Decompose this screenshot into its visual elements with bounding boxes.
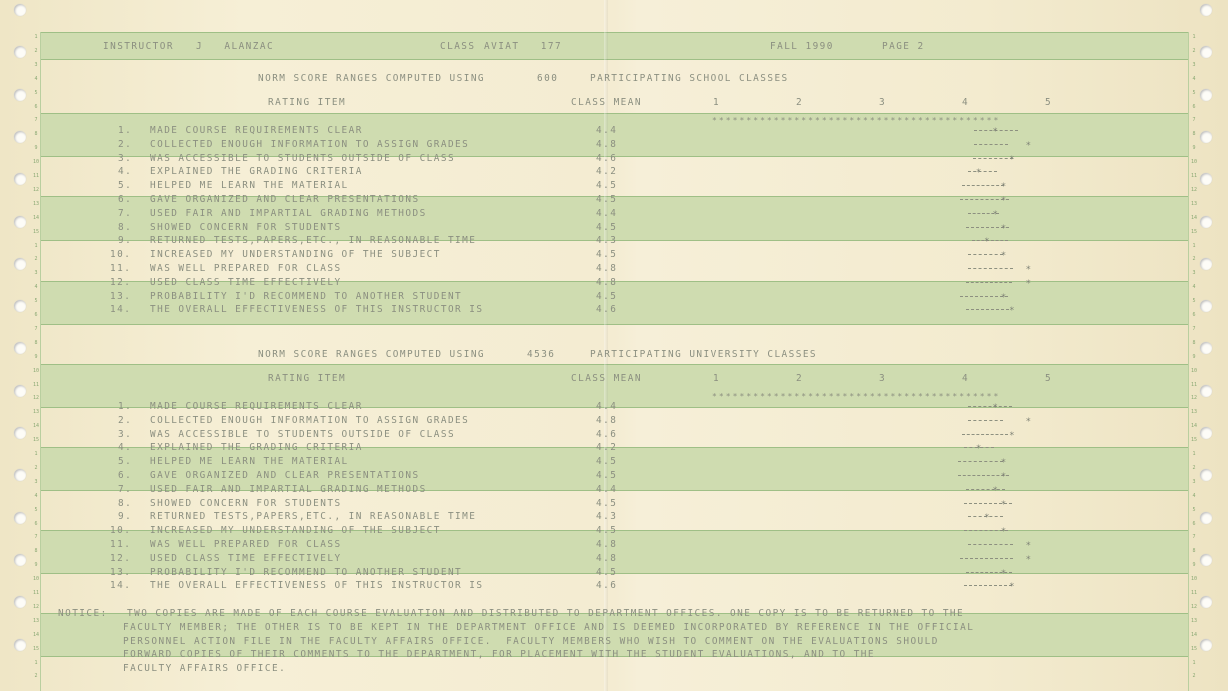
tractor-hole (1200, 385, 1212, 397)
tractor-hole (1200, 554, 1212, 566)
class-mean-value: 4.4 (596, 124, 617, 138)
scale-label-1: 1 (713, 96, 720, 110)
line-number: 9 (1189, 562, 1199, 568)
class-mean-marker: * (992, 210, 997, 220)
rating-item-number: 11. (110, 262, 131, 276)
rating-item-text: MADE COURSE REQUIREMENTS CLEAR (150, 124, 363, 138)
tractor-hole (14, 89, 26, 101)
class-mean-marker: * (976, 444, 981, 454)
line-number: 11 (31, 590, 41, 596)
line-number: 7 (1189, 534, 1199, 540)
class-mean-marker: * (1001, 569, 1006, 579)
norm-range-bar (968, 254, 1004, 257)
line-number: 11 (1189, 173, 1199, 179)
column-header-rating-item: RATING ITEM (268, 96, 346, 110)
tractor-hole (14, 427, 26, 439)
notice-line: PERSONNEL ACTION FILE IN THE FACULTY AFF… (123, 635, 939, 649)
class-mean-value: 4.8 (596, 414, 617, 428)
class-mean-marker: * (1001, 500, 1006, 510)
rating-item-number: 7. (118, 207, 132, 221)
tractor-hole (1200, 216, 1212, 228)
line-number: 9 (31, 145, 41, 151)
line-number: 4 (1189, 76, 1199, 82)
norm-range-bar (974, 144, 1007, 147)
norm-count: 600 (537, 72, 558, 86)
rating-item-number: 14. (110, 303, 131, 317)
line-number: 3 (1189, 479, 1199, 485)
column-header-class-mean: CLASS MEAN (571, 372, 642, 386)
notice-line: FACULTY AFFAIRS OFFICE. (123, 662, 286, 676)
norm-range-bar (964, 585, 1011, 588)
line-number: 3 (31, 479, 41, 485)
class-mean-value: 4.8 (596, 276, 617, 290)
rating-item-number: 11. (110, 538, 131, 552)
tractor-hole (1200, 258, 1212, 270)
norm-range-bar (973, 158, 1014, 161)
line-number: 10 (31, 368, 41, 374)
line-number: 2 (31, 465, 41, 471)
scale-label-4: 4 (962, 96, 969, 110)
rating-item-text: GAVE ORGANIZED AND CLEAR PRESENTATIONS (150, 469, 420, 483)
instructor-label: INSTRUCTOR (103, 40, 174, 54)
line-number: 14 (31, 423, 41, 429)
column-header-rating-item: RATING ITEM (268, 372, 346, 386)
line-number: 1 (31, 660, 41, 666)
rating-item-text: WAS ACCESSIBLE TO STUDENTS OUTSIDE OF CL… (150, 428, 455, 442)
class-mean-value: 4.4 (596, 207, 617, 221)
class-mean-marker: * (1009, 582, 1014, 592)
norm-range-bar (962, 434, 1008, 437)
line-number: 14 (31, 215, 41, 221)
norm-range-bar (962, 185, 1004, 188)
line-number: 15 (31, 646, 41, 652)
class-mean-value: 4.8 (596, 262, 617, 276)
rating-item-text: USED FAIR AND IMPARTIAL GRADING METHODS (150, 483, 427, 497)
line-number: 2 (1189, 48, 1199, 54)
tractor-hole (1200, 639, 1212, 651)
class-mean-value: 4.3 (596, 234, 617, 248)
line-number: 2 (1189, 673, 1199, 679)
rating-item-number: 6. (118, 193, 132, 207)
rating-item-number: 12. (110, 552, 131, 566)
line-number: 9 (31, 562, 41, 568)
rating-item-number: 9. (118, 234, 132, 248)
tractor-hole (14, 131, 26, 143)
rating-item-text: USED CLASS TIME EFFECTIVELY (150, 552, 342, 566)
line-number: 10 (1189, 159, 1199, 165)
rating-item-text: COLLECTED ENOUGH INFORMATION TO ASSIGN G… (150, 414, 469, 428)
line-number: 6 (31, 104, 41, 110)
class-mean-value: 4.6 (596, 579, 617, 593)
line-number: 13 (31, 201, 41, 207)
class-mean-value: 4.8 (596, 138, 617, 152)
class-mean-value: 4.5 (596, 248, 617, 262)
rating-item-number: 5. (118, 455, 132, 469)
line-number: 2 (31, 48, 41, 54)
class-mean-marker: * (1001, 472, 1006, 482)
class-mean-marker: * (1009, 431, 1014, 441)
norm-range-bar (972, 240, 1008, 243)
norm-label: NORM SCORE RANGES COMPUTED USING (258, 348, 485, 362)
class-mean-value: 4.8 (596, 538, 617, 552)
line-number: 4 (1189, 493, 1199, 499)
line-number: 4 (31, 493, 41, 499)
class-mean-marker: * (1001, 293, 1006, 303)
norm-count: 4536 (527, 348, 555, 362)
tractor-hole (1200, 300, 1212, 312)
line-number: 5 (1189, 298, 1199, 304)
line-number: 8 (31, 340, 41, 346)
rating-item-number: 10. (110, 248, 131, 262)
tractor-hole (1200, 512, 1212, 524)
class-mean-value: 4.8 (596, 552, 617, 566)
norm-range-bar (960, 558, 1013, 561)
rating-item-text: USED FAIR AND IMPARTIAL GRADING METHODS (150, 207, 427, 221)
class-mean-marker: * (1026, 541, 1031, 551)
notice-label: NOTICE: (58, 607, 108, 621)
norm-range-bar (968, 171, 997, 174)
line-number: 8 (1189, 548, 1199, 554)
line-number: 7 (31, 534, 41, 540)
rating-item-number: 2. (118, 138, 132, 152)
class-mean-marker: * (1026, 555, 1031, 565)
class-mean-value: 4.6 (596, 303, 617, 317)
line-number: 14 (1189, 632, 1199, 638)
line-number: 7 (1189, 117, 1199, 123)
line-number: 7 (31, 117, 41, 123)
line-number: 5 (1189, 90, 1199, 96)
line-number: 15 (1189, 437, 1199, 443)
line-number: 9 (1189, 145, 1199, 151)
scale-axis: ****************************************… (712, 392, 1000, 401)
line-number: 2 (1189, 256, 1199, 262)
rating-item-number: 2. (118, 414, 132, 428)
rating-item-text: SHOWED CONCERN FOR STUDENTS (150, 221, 342, 235)
class-mean-marker: * (1001, 251, 1006, 261)
rating-item-number: 7. (118, 483, 132, 497)
line-number: 4 (31, 76, 41, 82)
rating-item-number: 8. (118, 497, 132, 511)
scale-label-3: 3 (879, 96, 886, 110)
class-mean-marker: * (992, 403, 997, 413)
line-number: 1 (1189, 34, 1199, 40)
column-header-class-mean: CLASS MEAN (571, 96, 642, 110)
norm-range-bar (968, 406, 1012, 409)
norm-range-bar (968, 420, 1004, 423)
line-number: 11 (1189, 382, 1199, 388)
rating-item-text: EXPLAINED THE GRADING CRITERIA (150, 441, 363, 455)
line-number: 12 (1189, 604, 1199, 610)
class-mean-marker: * (1009, 306, 1014, 316)
class-mean-value: 4.5 (596, 497, 617, 511)
scale-axis: ****************************************… (712, 116, 1000, 125)
rating-item-text: GAVE ORGANIZED AND CLEAR PRESENTATIONS (150, 193, 420, 207)
tractor-hole (1200, 427, 1212, 439)
rating-item-text: RETURNED TESTS,PAPERS,ETC., IN REASONABL… (150, 234, 476, 248)
rating-item-text: INCREASED MY UNDERSTANDING OF THE SUBJEC… (150, 524, 441, 538)
line-number: 8 (1189, 131, 1199, 137)
tractor-hole (14, 512, 26, 524)
class-mean-marker: * (984, 237, 989, 247)
scale-label-3: 3 (879, 372, 886, 386)
line-number: 8 (31, 131, 41, 137)
tractor-hole (14, 4, 26, 16)
page-number: PAGE 2 (882, 40, 925, 54)
rating-item-text: PROBABILITY I'D RECOMMEND TO ANOTHER STU… (150, 566, 462, 580)
line-number: 3 (31, 62, 41, 68)
line-number: 15 (1189, 646, 1199, 652)
line-number: 10 (31, 576, 41, 582)
norm-label: NORM SCORE RANGES COMPUTED USING (258, 72, 485, 86)
line-number: 11 (31, 382, 41, 388)
line-number: 8 (31, 548, 41, 554)
line-number: 9 (31, 354, 41, 360)
line-number: 6 (31, 521, 41, 527)
rating-item-number: 3. (118, 428, 132, 442)
rating-item-number: 4. (118, 441, 132, 455)
line-number: 6 (1189, 521, 1199, 527)
line-number: 7 (31, 326, 41, 332)
class-mean-marker: * (1026, 265, 1031, 275)
class-mean-value: 4.5 (596, 179, 617, 193)
class-mean-value: 4.5 (596, 290, 617, 304)
line-number: 14 (31, 632, 41, 638)
rating-item-text: USED CLASS TIME EFFECTIVELY (150, 276, 342, 290)
class-mean-value: 4.5 (596, 469, 617, 483)
tractor-hole (14, 258, 26, 270)
line-number: 10 (1189, 368, 1199, 374)
scale-label-4: 4 (962, 372, 969, 386)
line-number: 11 (31, 173, 41, 179)
line-number: 12 (31, 604, 41, 610)
line-number: 5 (31, 298, 41, 304)
line-number: 10 (31, 159, 41, 165)
line-number: 3 (31, 270, 41, 276)
tractor-hole (14, 216, 26, 228)
rating-item-text: RETURNED TESTS,PAPERS,ETC., IN REASONABL… (150, 510, 476, 524)
term: FALL 1990 (770, 40, 834, 54)
class-mean-value: 4.6 (596, 428, 617, 442)
rating-item-text: WAS WELL PREPARED FOR CLASS (150, 538, 342, 552)
class-label: CLASS (440, 40, 475, 54)
rating-item-number: 10. (110, 524, 131, 538)
line-number: 2 (31, 673, 41, 679)
tractor-hole (14, 300, 26, 312)
line-number: 5 (1189, 507, 1199, 513)
class-mean-marker: * (1026, 141, 1031, 151)
line-number: 13 (1189, 618, 1199, 624)
rating-item-text: COLLECTED ENOUGH INFORMATION TO ASSIGN G… (150, 138, 469, 152)
line-number: 1 (31, 34, 41, 40)
instructor-name: J ALANZAC (196, 40, 274, 54)
rating-item-text: SHOWED CONCERN FOR STUDENTS (150, 497, 342, 511)
rating-item-number: 12. (110, 276, 131, 290)
class-mean-marker: * (992, 127, 997, 137)
rating-item-number: 1. (118, 124, 132, 138)
line-number: 1 (1189, 660, 1199, 666)
rating-item-text: THE OVERALL EFFECTIVENESS OF THIS INSTRU… (150, 303, 483, 317)
class-value: AVIAT 177 (484, 40, 562, 54)
line-number: 1 (31, 451, 41, 457)
class-mean-marker: * (1001, 182, 1006, 192)
line-number: 9 (1189, 354, 1199, 360)
scale-label-1: 1 (713, 372, 720, 386)
line-number: 13 (1189, 201, 1199, 207)
line-number: 15 (31, 229, 41, 235)
line-number: 3 (1189, 62, 1199, 68)
line-number: 3 (1189, 270, 1199, 276)
line-number: 5 (31, 507, 41, 513)
line-number: 4 (31, 284, 41, 290)
rating-item-number: 5. (118, 179, 132, 193)
scale-label-2: 2 (796, 372, 803, 386)
class-mean-value: 4.2 (596, 165, 617, 179)
class-mean-value: 4.6 (596, 152, 617, 166)
rating-item-number: 4. (118, 165, 132, 179)
class-mean-marker: * (1001, 527, 1006, 537)
class-mean-marker: * (1026, 279, 1031, 289)
scale-label-5: 5 (1045, 96, 1052, 110)
norm-range-bar (958, 461, 1004, 464)
rating-item-number: 9. (118, 510, 132, 524)
line-number: 12 (1189, 395, 1199, 401)
norm-range-bar (966, 282, 1012, 285)
line-number: 13 (31, 409, 41, 415)
line-number: 2 (31, 256, 41, 262)
line-number: 14 (1189, 423, 1199, 429)
class-mean-value: 4.2 (596, 441, 617, 455)
rating-item-text: HELPED ME LEARN THE MATERIAL (150, 455, 349, 469)
class-mean-value: 4.5 (596, 524, 617, 538)
tractor-hole (14, 639, 26, 651)
norm-range-bar (966, 309, 1009, 312)
rating-item-text: THE OVERALL EFFECTIVENESS OF THIS INSTRU… (150, 579, 483, 593)
line-number: 6 (1189, 312, 1199, 318)
tractor-hole (14, 385, 26, 397)
line-number: 14 (1189, 215, 1199, 221)
rating-item-text: INCREASED MY UNDERSTANDING OF THE SUBJEC… (150, 248, 441, 262)
norm-range-bar (968, 268, 1014, 271)
line-number: 13 (31, 618, 41, 624)
rating-item-text: WAS WELL PREPARED FOR CLASS (150, 262, 342, 276)
line-number: 10 (1189, 576, 1199, 582)
class-mean-value: 4.4 (596, 400, 617, 414)
class-mean-value: 4.5 (596, 221, 617, 235)
rating-item-text: WAS ACCESSIBLE TO STUDENTS OUTSIDE OF CL… (150, 152, 455, 166)
norm-range-bar (968, 544, 1014, 547)
rating-item-number: 14. (110, 579, 131, 593)
line-number: 8 (1189, 340, 1199, 346)
line-number: 6 (1189, 104, 1199, 110)
notice-line: FORWARD COPIES OF THEIR COMMENTS TO THE … (123, 648, 875, 662)
class-mean-marker: * (1026, 417, 1031, 427)
class-mean-value: 4.3 (596, 510, 617, 524)
rating-item-number: 13. (110, 566, 131, 580)
rating-item-text: EXPLAINED THE GRADING CRITERIA (150, 165, 363, 179)
line-number: 12 (1189, 187, 1199, 193)
notice-line: FACULTY MEMBER; THE OTHER IS TO BE KEPT … (123, 621, 974, 635)
scale-label-2: 2 (796, 96, 803, 110)
tractor-hole (1200, 131, 1212, 143)
line-number: 6 (31, 312, 41, 318)
tractor-hole (1200, 4, 1212, 16)
line-number: 11 (1189, 590, 1199, 596)
class-mean-marker: * (984, 513, 989, 523)
class-mean-marker: * (1009, 155, 1014, 165)
line-number: 15 (1189, 229, 1199, 235)
class-mean-marker: * (976, 168, 981, 178)
rating-item-number: 1. (118, 400, 132, 414)
tractor-hole (1200, 89, 1212, 101)
line-number: 2 (1189, 465, 1199, 471)
line-number: 1 (1189, 243, 1199, 249)
scale-label-5: 5 (1045, 372, 1052, 386)
rating-item-number: 3. (118, 152, 132, 166)
line-number: 12 (31, 187, 41, 193)
rating-item-number: 8. (118, 221, 132, 235)
rating-item-number: 6. (118, 469, 132, 483)
tractor-hole (14, 554, 26, 566)
class-mean-marker: * (1001, 458, 1006, 468)
class-mean-value: 4.4 (596, 483, 617, 497)
norm-scope: PARTICIPATING UNIVERSITY CLASSES (590, 348, 817, 362)
line-number: 4 (1189, 284, 1199, 290)
line-number: 13 (1189, 409, 1199, 415)
norm-scope: PARTICIPATING SCHOOL CLASSES (590, 72, 789, 86)
class-mean-marker: * (1001, 224, 1006, 234)
line-number: 5 (31, 90, 41, 96)
class-mean-marker: * (1001, 196, 1006, 206)
rating-item-text: PROBABILITY I'D RECOMMEND TO ANOTHER STU… (150, 290, 462, 304)
class-mean-value: 4.5 (596, 193, 617, 207)
rating-item-number: 13. (110, 290, 131, 304)
line-number: 15 (31, 437, 41, 443)
line-number: 12 (31, 395, 41, 401)
notice-line: TWO COPIES ARE MADE OF EACH COURSE EVALU… (127, 607, 964, 621)
rating-item-text: MADE COURSE REQUIREMENTS CLEAR (150, 400, 363, 414)
line-number: 1 (1189, 451, 1199, 457)
class-mean-value: 4.5 (596, 455, 617, 469)
class-mean-value: 4.5 (596, 566, 617, 580)
class-mean-marker: * (992, 486, 997, 496)
rating-item-text: HELPED ME LEARN THE MATERIAL (150, 179, 349, 193)
line-number: 7 (1189, 326, 1199, 332)
line-number: 1 (31, 243, 41, 249)
norm-range-bar (966, 489, 1005, 492)
